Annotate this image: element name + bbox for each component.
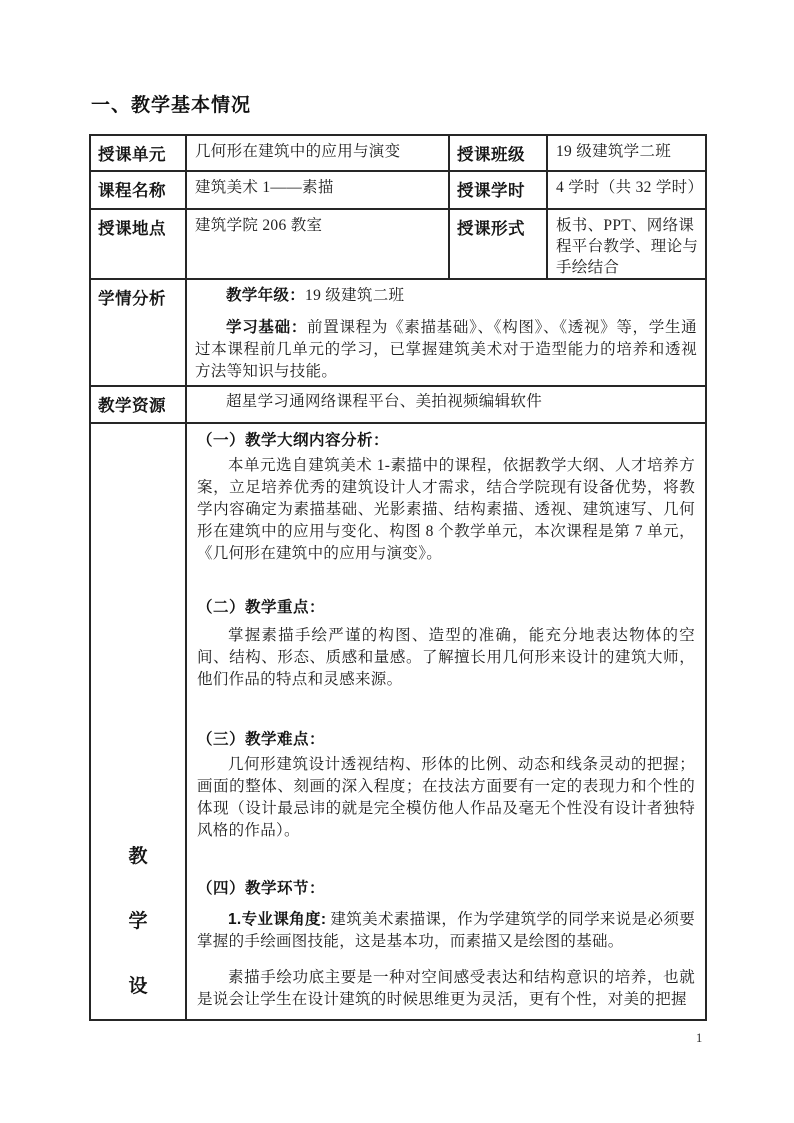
teaching-design-vertical-label: 教 学 设 [91, 424, 185, 1019]
side-char: 学 [91, 889, 185, 954]
learner-analysis-cell: 教学年级：19 级建筑二班 学习基础：前置课程为《素描基础》、《构图》、《透视》… [186, 279, 706, 386]
section-body: 素描手绘功底主要是一种对空间感受表达和结构意识的培养，也就是说会让学生在设计建筑… [197, 967, 695, 1011]
table-row: 教学资源 超星学习通网络课程平台、美拍视频编辑软件 [90, 386, 706, 423]
value-teaching-class: 19 级建筑学二班 [547, 135, 706, 171]
teaching-grade-text: 19 级建筑二班 [305, 287, 404, 304]
section-heading: （三）教学难点： [197, 727, 695, 749]
value-teaching-form: 板书、PPT、网络课程平台教学、理论与手绘结合 [547, 209, 706, 279]
label-course-name: 课程名称 [90, 171, 186, 209]
doc-title: 一、教学基本情况 [91, 90, 251, 117]
section-body: 1.专业课角度:建筑美术素描课，作为学建筑学的同学来说是必须要掌握的手绘画图技能… [197, 909, 695, 953]
label-teaching-place: 授课地点 [90, 209, 186, 279]
teaching-design-cell: （一）教学大纲内容分析： 本单元选自建筑美术 1-素描中的课程，依据教学大纲、人… [186, 423, 706, 1020]
learning-basis-label: 学习基础： [226, 319, 307, 336]
table-row: 授课单元 几何形在建筑中的应用与演变 授课班级 19 级建筑学二班 [90, 135, 706, 171]
label-teaching-resources: 教学资源 [90, 386, 186, 423]
section-body: 掌握素描手绘严谨的构图、造型的准确，能充分地表达物体的空间、结构、形态、质感和量… [197, 625, 695, 691]
label-learner-analysis: 学情分析 [90, 279, 186, 386]
table-row: 学情分析 教学年级：19 级建筑二班 学习基础：前置课程为《素描基础》、《构图》… [90, 279, 706, 386]
teaching-basics-table: 授课单元 几何形在建筑中的应用与演变 授课班级 19 级建筑学二班 课程名称 建… [89, 134, 707, 1021]
section-key-points: （二）教学重点： 掌握素描手绘严谨的构图、造型的准确，能充分地表达物体的空间、结… [197, 595, 695, 691]
label-teaching-form: 授课形式 [449, 209, 547, 279]
label-teaching-unit: 授课单元 [90, 135, 186, 171]
section-outline-analysis: （一）教学大纲内容分析： 本单元选自建筑美术 1-素描中的课程，依据教学大纲、人… [197, 428, 695, 565]
section-heading: （四）教学环节： [197, 876, 695, 898]
teaching-resources-text: 超星学习通网络课程平台、美拍视频编辑软件 [195, 391, 697, 413]
side-char: 设 [91, 954, 185, 1019]
table-row: 课程名称 建筑美术 1——素描 授课学时 4 学时（共 32 学时） [90, 171, 706, 209]
label-teaching-design: 教 学 设 [90, 423, 186, 1020]
table-row: 授课地点 建筑学院 206 教室 授课形式 板书、PPT、网络课程平台教学、理论… [90, 209, 706, 279]
table-row: 教 学 设 （一）教学大纲内容分析： 本单元选自建筑美术 1-素描中的课程，依据… [90, 423, 706, 1020]
section-heading: （二）教学重点： [197, 595, 695, 617]
document-page: 一、教学基本情况 授课单元 几何形在建筑中的应用与演变 授课班级 19 级建筑学… [0, 0, 794, 1123]
value-teaching-place: 建筑学院 206 教室 [186, 209, 449, 279]
procedure-point-label: 1.专业课角度: [228, 911, 326, 928]
teaching-resources-cell: 超星学习通网络课程平台、美拍视频编辑软件 [186, 386, 706, 423]
section-body: 本单元选自建筑美术 1-素描中的课程，依据教学大纲、人才培养方案，立足培养优秀的… [197, 455, 695, 565]
section-heading: （一）教学大纲内容分析： [197, 428, 695, 450]
value-teaching-unit: 几何形在建筑中的应用与演变 [186, 135, 449, 171]
section-body: 几何形建筑设计透视结构、形体的比例、动态和线条灵动的把握；画面的整体、刻画的深入… [197, 754, 695, 842]
teaching-grade-line: 教学年级：19 级建筑二班 [195, 285, 697, 307]
value-course-name: 建筑美术 1——素描 [186, 171, 449, 209]
section-difficulties: （三）教学难点： 几何形建筑设计透视结构、形体的比例、动态和线条灵动的把握；画面… [197, 727, 695, 842]
page-number: 1 [696, 1031, 702, 1046]
value-class-hours: 4 学时（共 32 学时） [547, 171, 706, 209]
label-class-hours: 授课学时 [449, 171, 547, 209]
section-procedure: （四）教学环节： 1.专业课角度:建筑美术素描课，作为学建筑学的同学来说是必须要… [197, 876, 695, 1011]
side-char: 教 [91, 824, 185, 889]
teaching-grade-label: 教学年级： [226, 287, 305, 304]
label-teaching-class: 授课班级 [449, 135, 547, 171]
learning-basis-line: 学习基础：前置课程为《素描基础》、《构图》、《透视》等，学生通过本课程前几单元的… [195, 317, 697, 383]
